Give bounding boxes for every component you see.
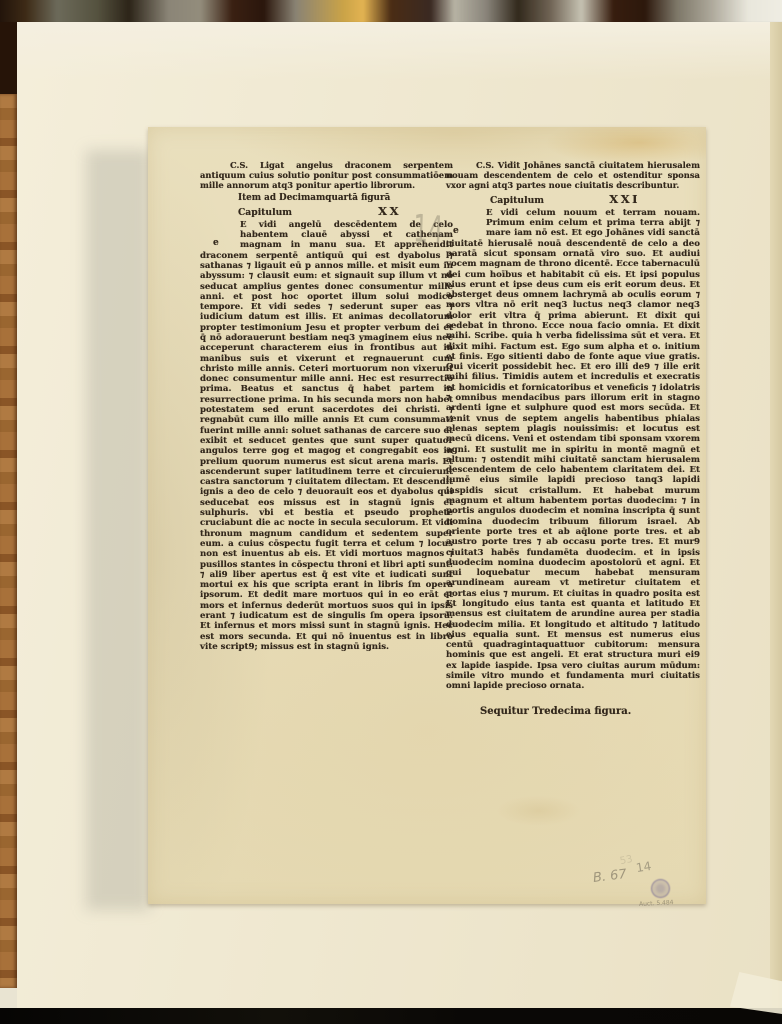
- chapter-heading-right: Capitulum XXI: [490, 192, 640, 206]
- chapter-label-left: Capitulum: [238, 207, 292, 218]
- pencil-gutter-number: 14: [413, 206, 444, 252]
- wood-board-edge: [0, 94, 17, 988]
- guide-letter-box-right: e: [446, 208, 486, 238]
- chapter-body-text-left: E vidi angelū descēdentem de celo habent…: [200, 220, 453, 652]
- mat-right-shade: [770, 22, 782, 1008]
- chapter-number-left: XX: [378, 204, 401, 218]
- chapter-body-right: eE vidi celum nouum et terram nouam. Pri…: [446, 208, 700, 692]
- chapter-body-text-right: E vidi celum nouum et terram nouam. Prim…: [446, 208, 700, 692]
- chapter-summary-left: C.S. Ligat angelus draconem serpentem an…: [200, 161, 453, 191]
- guide-letter-left: e: [213, 238, 219, 248]
- chapter-label-right: Capitulum: [490, 195, 544, 206]
- background-reflection: [0, 0, 782, 24]
- chapter-summary-right: C.S. Vidit Johānes sanctā ciuitatem hier…: [446, 161, 700, 191]
- chapter-heading-left: Capitulum XX: [238, 204, 401, 218]
- chapter-body-left: eE vidi angelū descēdentem de celo haben…: [200, 220, 453, 652]
- guide-letter-box-left: e: [200, 220, 240, 250]
- guide-letter-right: e: [453, 226, 459, 236]
- explicit-line: Sequitur Tredecima figura.: [480, 706, 700, 717]
- pencil-corner-number: 14: [635, 859, 652, 875]
- text-column-right: C.S. Vidit Johānes sanctā ciuitatem hier…: [446, 161, 700, 717]
- chapter-number-right: XXI: [609, 192, 640, 206]
- background-shelf-bottom: [0, 1008, 782, 1024]
- photograph-of-incunable-leaf: C.S. Ligat angelus draconem serpentem an…: [0, 0, 782, 1024]
- series-line: Item ad Decimamquartā figurā: [238, 193, 453, 203]
- library-stamp-icon: [651, 879, 670, 898]
- wood-board-top: [0, 22, 17, 94]
- mat-shadow-band: [86, 150, 150, 910]
